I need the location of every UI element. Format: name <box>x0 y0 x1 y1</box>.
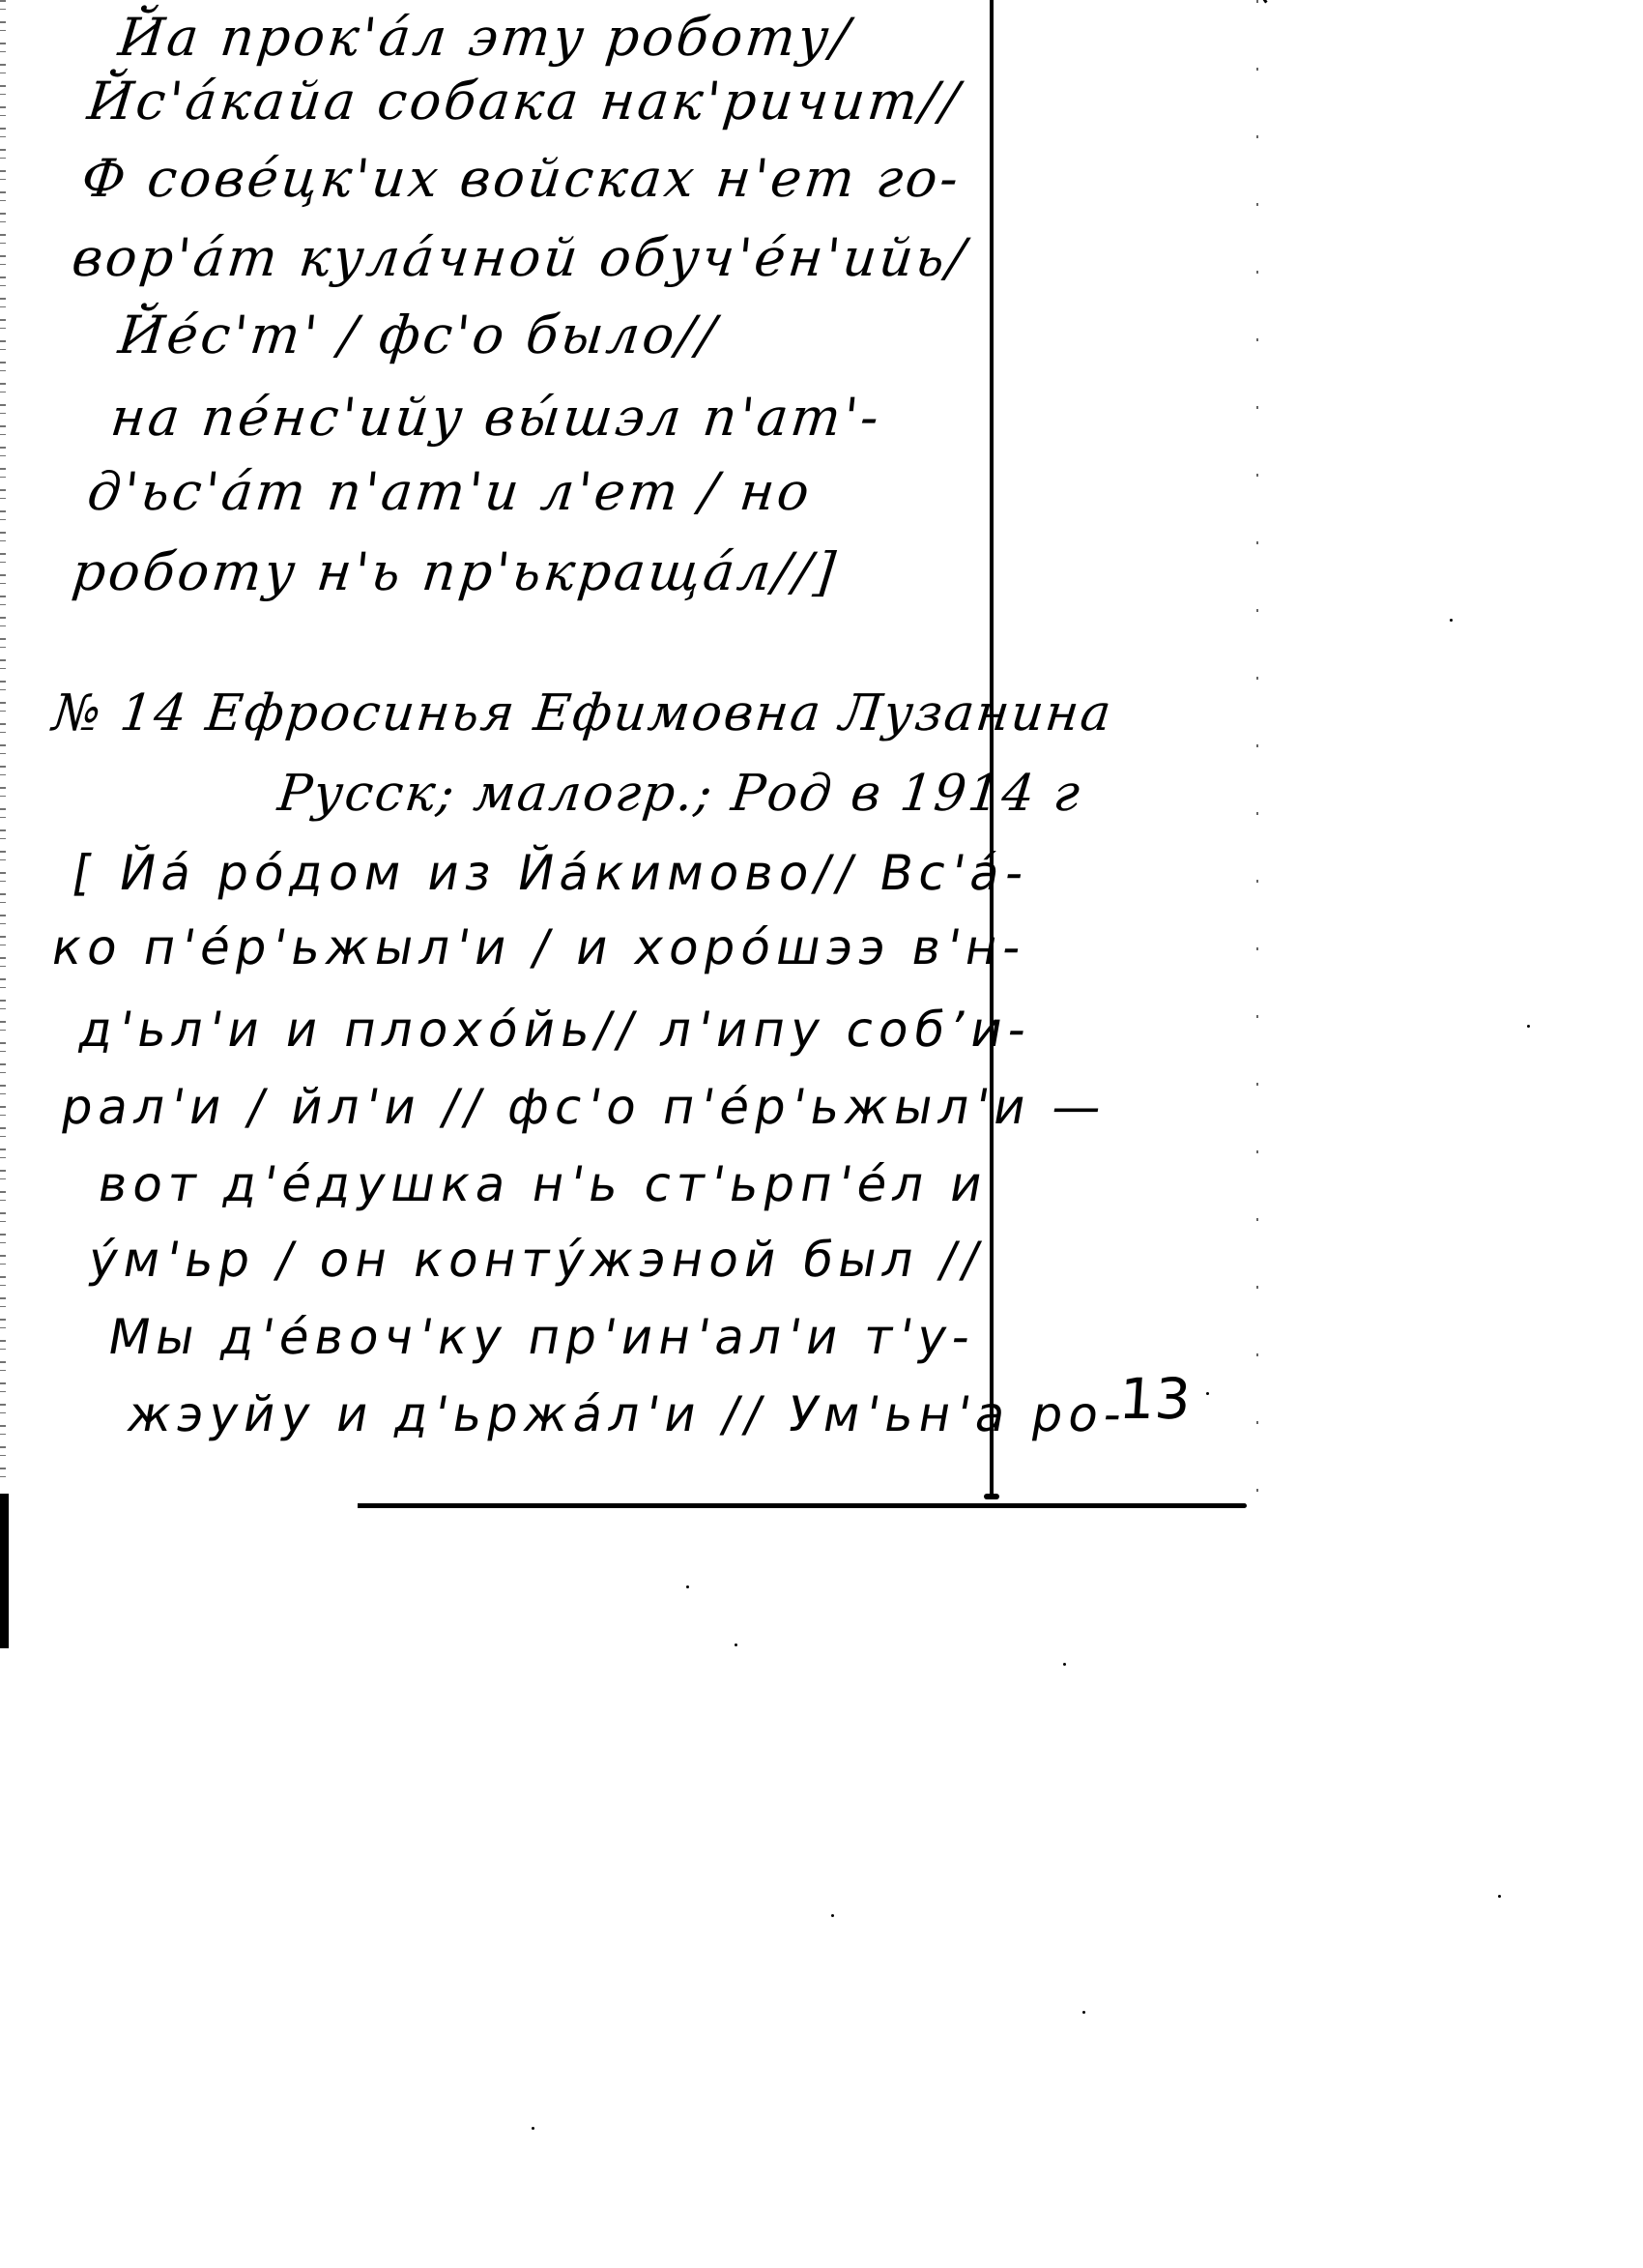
margin-line <box>990 0 994 1498</box>
scan-speck <box>1206 1392 1209 1395</box>
text-line: ко п'е́р'ьжыл'и / и хоро́шээ в'н- <box>48 923 1030 972</box>
scan-speck <box>1082 2011 1085 2014</box>
scan-speck <box>1527 1025 1530 1028</box>
scan-speck <box>831 1914 834 1917</box>
entry-info: Русск; малогр.; Род в 1914 г <box>275 769 1083 819</box>
scanned-page: Йа прок'а́л эту роботу/ Йс'а́кайа собака… <box>0 0 1643 2268</box>
text-line: рал'и / йл'и // фс'о п'е́р'ьжыл'и — <box>58 1083 1110 1131</box>
scan-speck <box>686 1585 689 1588</box>
scan-speck <box>1450 619 1453 622</box>
scan-edge-left <box>0 0 6 1489</box>
corner-mark <box>1254 0 1267 9</box>
scan-speck <box>1063 1663 1066 1666</box>
entry-header: № 14 Ефросинья Ефимовна Лузанина <box>50 688 1115 739</box>
text-line: д'ьл'и и плохо́йь// л'ипу собʼи- <box>75 1005 1036 1054</box>
scan-speck <box>532 2127 534 2130</box>
text-line: Ф сове́цк'их войсках н'ет го- <box>79 153 964 205</box>
text-line: на пе́нс'ийу вы́шэл п'ат'- <box>108 392 884 444</box>
text-line: Йс'а́кайа собака нак'ричит// <box>85 75 964 128</box>
text-line: Йа прок'а́л эту роботу/ <box>116 12 854 64</box>
margin-line-end <box>984 1494 999 1499</box>
text-line: Йе́с'т' / фс'о было// <box>116 309 721 362</box>
scan-speck <box>735 1643 737 1646</box>
text-line: у́м'ьр / он конту́жэной был // <box>85 1236 989 1284</box>
text-line: вот д'е́душка н'ь ст'ьрп'е́л и <box>95 1160 993 1208</box>
text-line: Мы д'е́воч'ку пр'ин'ал'и т'у- <box>104 1313 980 1361</box>
text-line: [ Йа́ ро́дом из Йа́кимово// Вс'а́- <box>70 849 1033 897</box>
scan-edge-right <box>1256 0 1258 1508</box>
text-line: жэуйу и д'ьржа́л'и // Ум'ьн'а ро- <box>124 1390 1132 1439</box>
text-line: вор'а́т кула́чной обуч'е́н'ийь/ <box>70 232 970 284</box>
scan-shadow-bar <box>0 1494 9 1648</box>
text-line: д'ьс'а́т п'ат'и л'ет / но <box>85 466 815 518</box>
bottom-rule <box>358 1503 1247 1508</box>
text-line: роботу н'ь пр'ькраща́л//] <box>70 546 841 598</box>
page-number: 13 <box>1117 1371 1193 1427</box>
scan-speck <box>1498 1895 1501 1898</box>
